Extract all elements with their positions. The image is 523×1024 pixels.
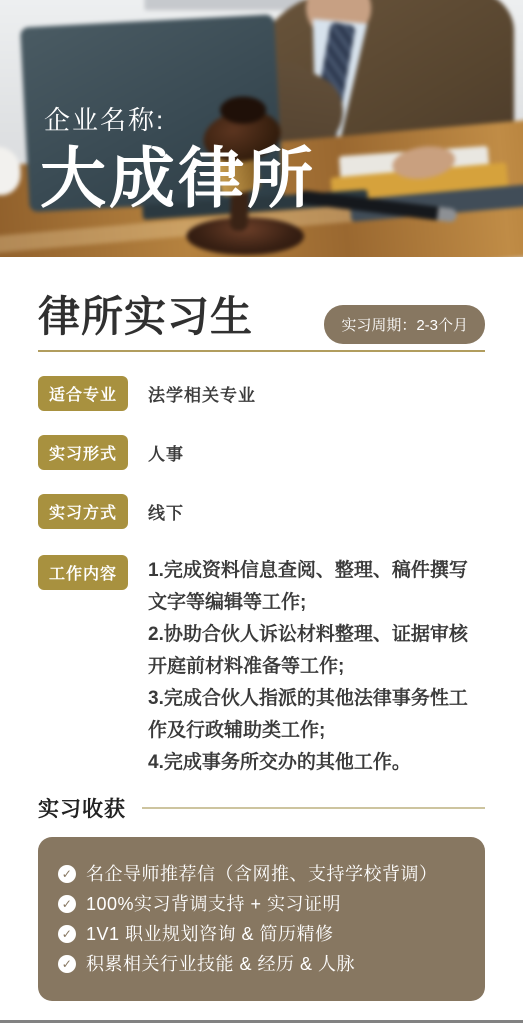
duty-item-2: 2.协助合伙人诉讼材料整理、证据审核开庭前材料准备等工作; bbox=[148, 619, 485, 683]
gains-divider bbox=[142, 807, 485, 809]
field-row-major: 适合专业 法学相关专业 bbox=[38, 376, 485, 411]
poster-page: 企业名称: 大成律所 律所实习生 实习周期：2-3个月 适合专业 法学相关专业 … bbox=[0, 0, 523, 1024]
job-title-row: 律所实习生 实习周期：2-3个月 bbox=[38, 293, 485, 341]
bottom-border-line bbox=[0, 1020, 523, 1023]
field-label-major: 适合专业 bbox=[38, 376, 128, 411]
wall-frame bbox=[144, 0, 302, 10]
duties-label: 工作内容 bbox=[38, 555, 128, 590]
duty-item-3: 3.完成合伙人指派的其他法律事务性工作及行政辅助类工作; bbox=[148, 683, 485, 747]
duties-list: 1.完成资料信息查阅、整理、稿件撰写文字等编辑等工作; 2.协助合伙人诉讼材料整… bbox=[148, 555, 485, 779]
duties-row: 工作内容 1.完成资料信息查阅、整理、稿件撰写文字等编辑等工作; 2.协助合伙人… bbox=[38, 555, 485, 779]
gain-item: ✓ 100%实习背调支持 + 实习证明 bbox=[58, 889, 465, 919]
gains-heading: 实习收获 bbox=[38, 793, 126, 823]
gains-section: 实习收获 ✓ 名企导师推荐信（含网推、支持学校背调） ✓ 100%实习背调支持 … bbox=[38, 793, 485, 1001]
gain-item: ✓ 名企导师推荐信（含网推、支持学校背调） bbox=[58, 859, 465, 889]
gain-item: ✓ 积累相关行业技能 & 经历 & 人脉 bbox=[58, 949, 465, 979]
field-row-form: 实习形式 人事 bbox=[38, 435, 485, 470]
check-circle-icon: ✓ bbox=[58, 865, 76, 883]
gain-item-text: 积累相关行业技能 & 经历 & 人脉 bbox=[86, 949, 355, 979]
gain-item-text: 名企导师推荐信（含网推、支持学校背调） bbox=[86, 859, 438, 889]
field-value-form: 人事 bbox=[148, 440, 184, 465]
check-circle-icon: ✓ bbox=[58, 955, 76, 973]
gain-item-text: 1V1 职业规划咨询 & 简历精修 bbox=[86, 919, 334, 949]
gains-header: 实习收获 bbox=[38, 793, 485, 823]
gain-item: ✓ 1V1 职业规划咨询 & 简历精修 bbox=[58, 919, 465, 949]
field-value-major: 法学相关专业 bbox=[148, 381, 256, 406]
duty-item-4: 4.完成事务所交办的其他工作。 bbox=[148, 747, 485, 779]
check-circle-icon: ✓ bbox=[58, 925, 76, 943]
field-value-mode: 线下 bbox=[148, 499, 184, 524]
gain-item-text: 100%实习背调支持 + 实习证明 bbox=[86, 889, 341, 919]
duty-item-1: 1.完成资料信息查阅、整理、稿件撰写文字等编辑等工作; bbox=[148, 555, 485, 619]
check-circle-icon: ✓ bbox=[58, 895, 76, 913]
company-name-label: 企业名称: bbox=[44, 100, 165, 137]
gavel-knob-graphic bbox=[220, 96, 266, 123]
header-photo: 企业名称: 大成律所 bbox=[0, 0, 523, 257]
field-label-mode: 实习方式 bbox=[38, 494, 128, 529]
gains-box: ✓ 名企导师推荐信（含网推、支持学校背调） ✓ 100%实习背调支持 + 实习证… bbox=[38, 837, 485, 1001]
internship-period-badge: 实习周期：2-3个月 bbox=[324, 305, 485, 344]
company-name: 大成律所 bbox=[40, 136, 316, 222]
job-detail-section: 律所实习生 实习周期：2-3个月 适合专业 法学相关专业 实习形式 人事 实习方… bbox=[0, 293, 523, 1001]
field-label-form: 实习形式 bbox=[38, 435, 128, 470]
field-row-mode: 实习方式 线下 bbox=[38, 494, 485, 529]
title-divider bbox=[38, 350, 485, 352]
